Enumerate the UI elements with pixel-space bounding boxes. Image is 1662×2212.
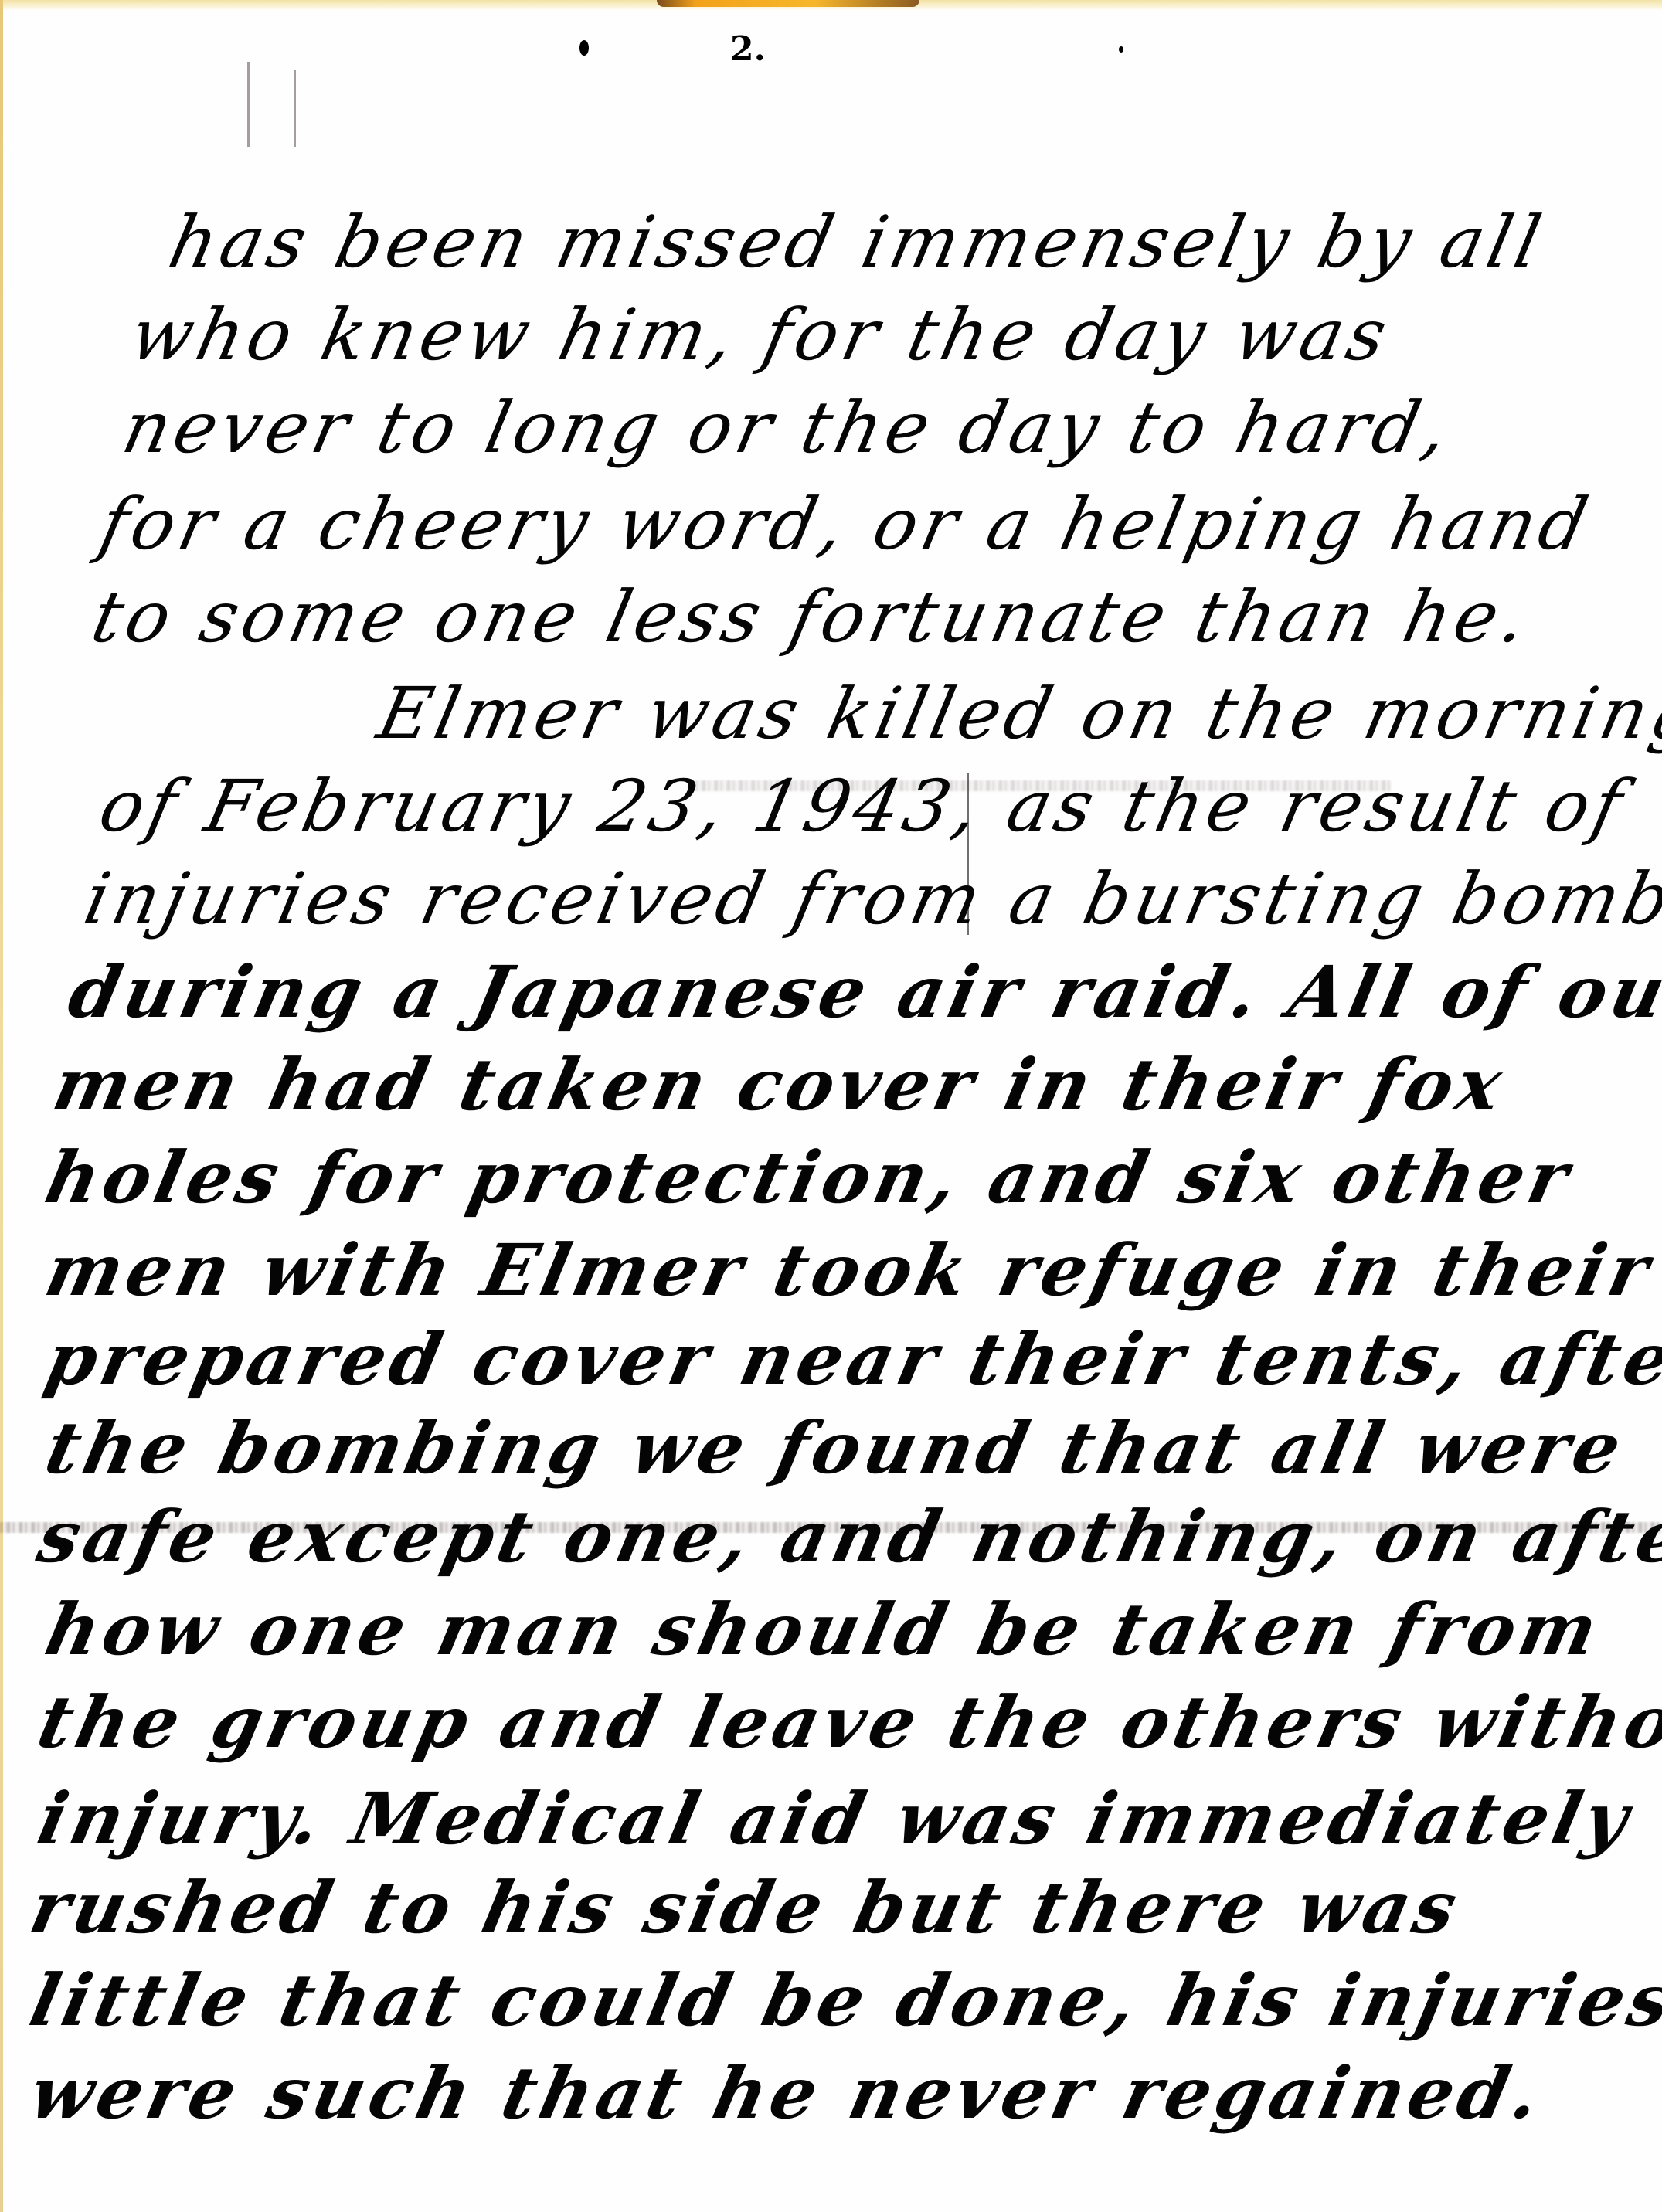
letter-line: during a Japanese air raid. All of our bbox=[62, 950, 1662, 1034]
letter-line: how one man should be taken from bbox=[39, 1588, 1609, 1671]
letter-line: injuries received from a bursting bomb bbox=[77, 858, 1662, 940]
letter-body: has been missed immensely by all who kne… bbox=[0, 0, 1662, 2212]
letter-line: to some one less fortunate than he. bbox=[85, 576, 1538, 658]
letter-page: 2. has been missed immensely by all who … bbox=[0, 0, 1662, 2212]
letter-line: has been missed immensely by all bbox=[162, 201, 1552, 284]
letter-line: the group and leave the others without bbox=[31, 1680, 1662, 1764]
letter-line: never to long or the day to hard, bbox=[116, 386, 1460, 469]
letter-line: safe except one, and nothing, on after bbox=[31, 1495, 1662, 1578]
letter-line: prepared cover near their tents, after bbox=[39, 1317, 1662, 1401]
letter-line: men had taken cover in their fox bbox=[46, 1043, 1514, 1126]
letter-line: who knew him, for the day was bbox=[124, 294, 1399, 376]
letter-line: rushed to his side but there was bbox=[23, 1866, 1468, 1949]
letter-line: men with Elmer took refuge in their bbox=[39, 1228, 1660, 1312]
letter-line: of February 23, 1943, as the result of bbox=[93, 765, 1633, 848]
letter-line: the bombing we found that all were bbox=[39, 1406, 1633, 1490]
letter-line: injury. Medical aid was immediately bbox=[31, 1777, 1640, 1860]
letter-line: little that could be done, his injuries bbox=[23, 1959, 1662, 2042]
letter-line: Elmer was killed on the morning bbox=[371, 672, 1662, 755]
letter-line: holes for protection, and six other bbox=[39, 1136, 1580, 1219]
letter-line: were such that he never regained. bbox=[23, 2051, 1552, 2135]
letter-line: for a cheery word, or a helping hand bbox=[93, 483, 1599, 566]
